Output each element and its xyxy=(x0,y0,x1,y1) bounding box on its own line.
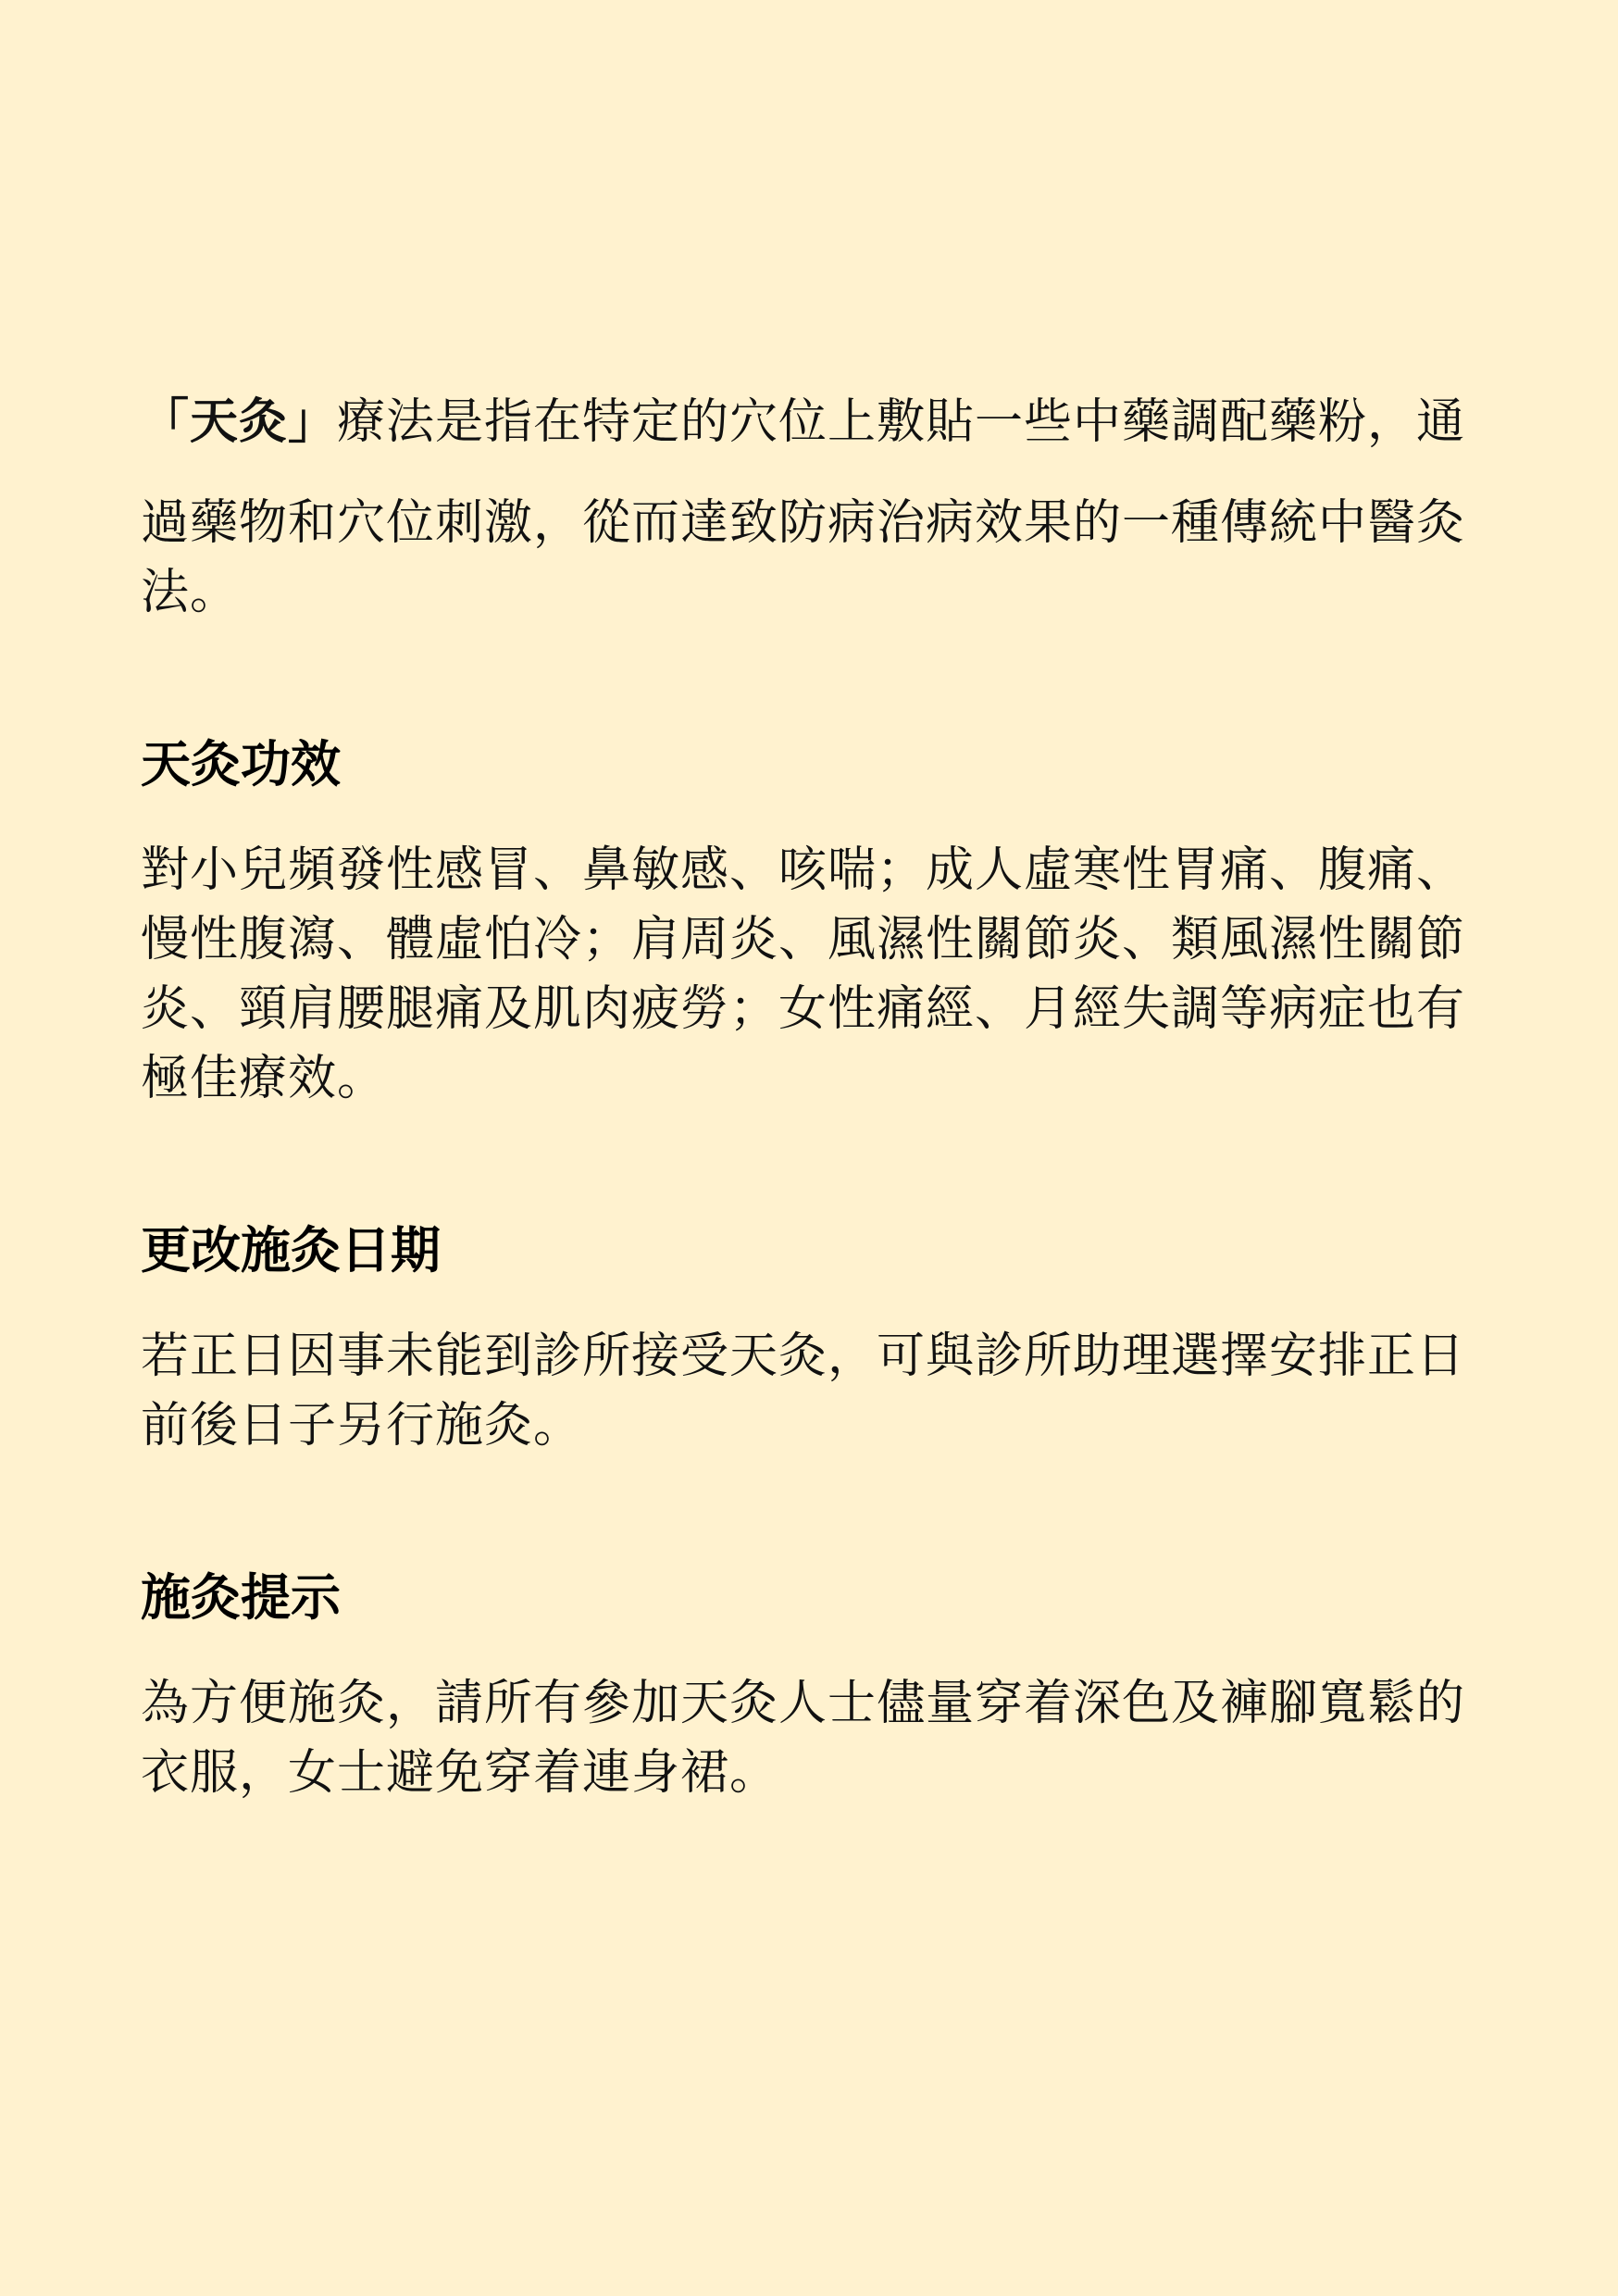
section-body-efficacy: 對小兒頻發性感冒、鼻敏感、咳喘；成人虛寒性胃痛、腹痛、 慢性腹瀉、體虛怕冷；肩周… xyxy=(141,836,1479,1114)
intro-line-1-text: 療法是指在特定的穴位上敷貼一些中藥調配藥粉，通 xyxy=(337,394,1465,450)
section-body-reschedule: 若正日因事未能到診所接受天灸，可與診所助理選擇安排正日 前後日子另行施灸。 xyxy=(141,1322,1479,1461)
body-line: 為方便施灸，請所有參加天灸人士儘量穿着深色及褲腳寬鬆的 xyxy=(141,1669,1479,1739)
section-heading-reschedule: 更改施灸日期 xyxy=(141,1216,441,1285)
body-line: 對小兒頻發性感冒、鼻敏感、咳喘；成人虛寒性胃痛、腹痛、 xyxy=(141,836,1479,905)
lead-term-close-bracket: 」 xyxy=(288,393,337,450)
section-heading-tips: 施灸提示 xyxy=(141,1563,341,1632)
section-body-tips: 為方便施灸，請所有參加天灸人士儘量穿着深色及褲腳寬鬆的 衣服，女士避免穿着連身裙… xyxy=(141,1669,1479,1808)
body-line: 炎、頸肩腰腿痛及肌肉疲勞；女性痛經、月經失調等病症也有 xyxy=(141,975,1479,1044)
intro-line-2: 過藥物和穴位刺激，從而達致防病治病效果的一種傳統中醫灸 xyxy=(141,489,1479,558)
lead-term-open-bracket: 「 xyxy=(141,393,190,450)
body-line: 前後日子另行施灸。 xyxy=(141,1391,1479,1461)
body-line: 慢性腹瀉、體虛怕冷；肩周炎、風濕性關節炎、類風濕性關節 xyxy=(141,905,1479,975)
intro-line-3: 法。 xyxy=(141,558,1479,628)
body-line: 衣服，女士避免穿着連身裙。 xyxy=(141,1739,1479,1808)
intro-line-1: 「天灸」療法是指在特定的穴位上敷貼一些中藥調配藥粉，通 xyxy=(141,387,1479,457)
section-heading-efficacy: 天灸功效 xyxy=(141,730,341,799)
body-line: 極佳療效。 xyxy=(141,1044,1479,1114)
lead-term: 天灸 xyxy=(190,393,288,450)
body-line: 若正日因事未能到診所接受天灸，可與診所助理選擇安排正日 xyxy=(141,1322,1479,1391)
